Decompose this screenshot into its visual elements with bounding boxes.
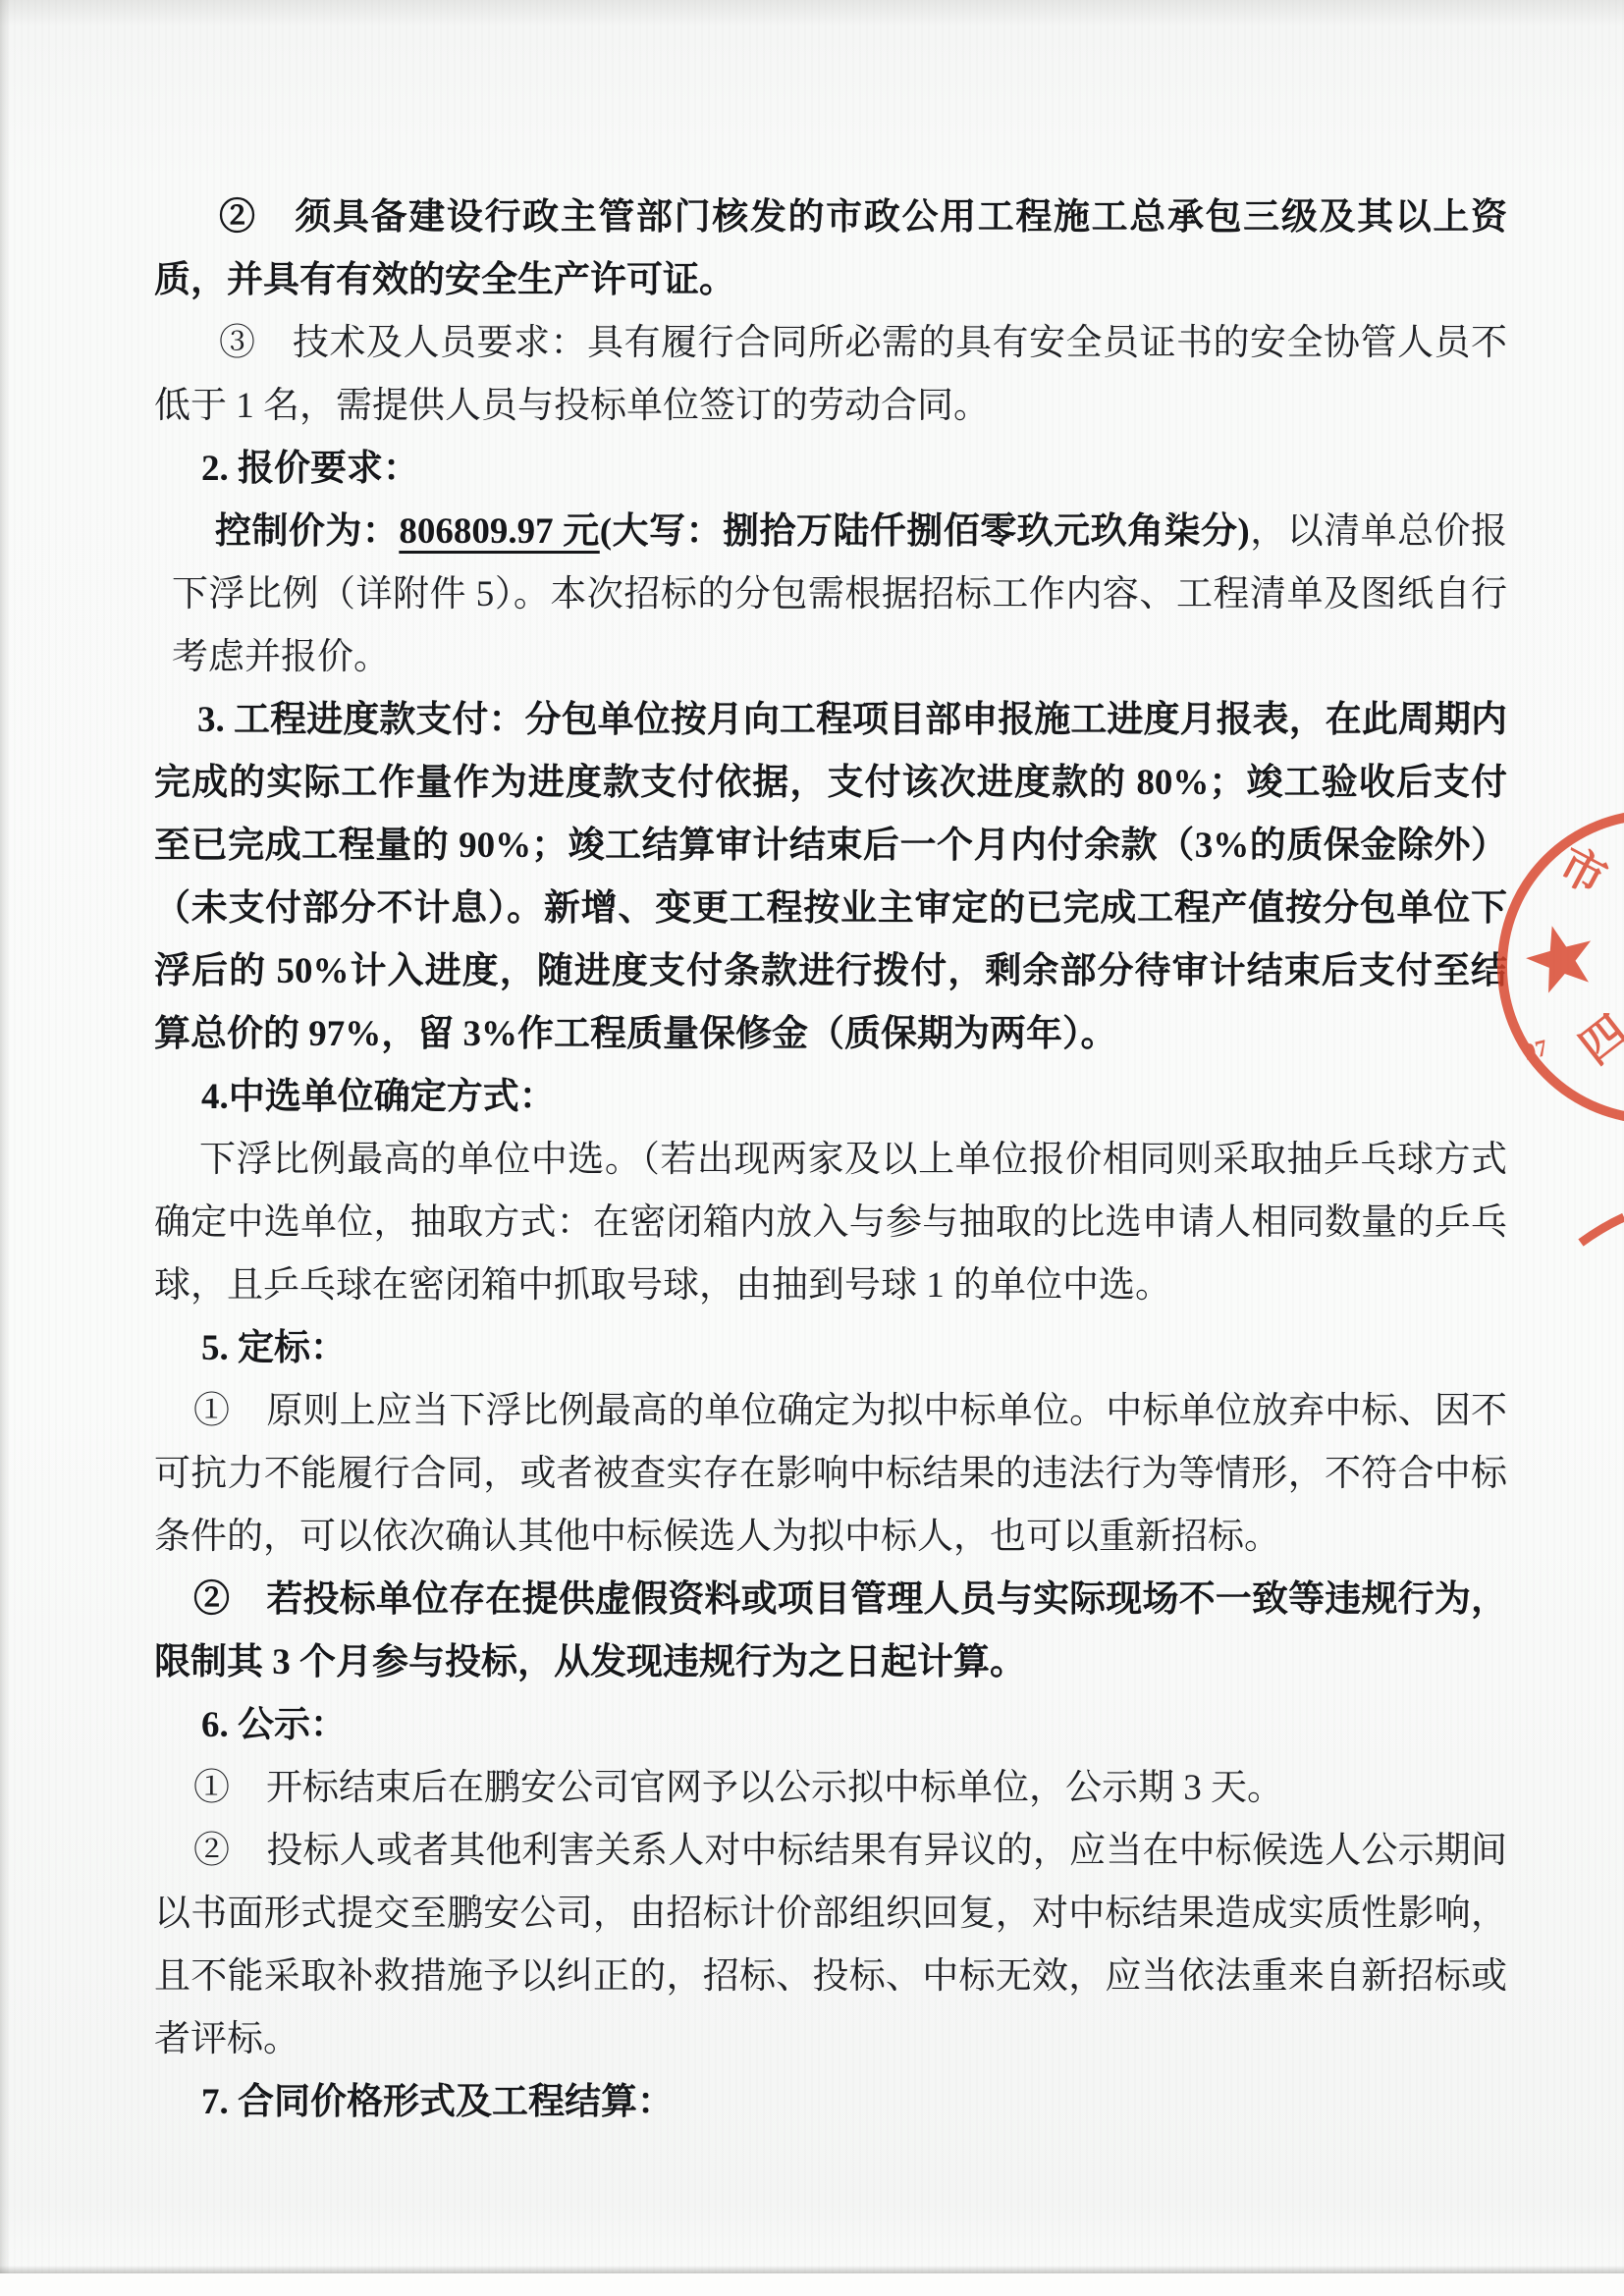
text-run: 4.中选单位确定方式： <box>201 1077 556 1117</box>
stamp-ring <box>1502 815 1624 1119</box>
paragraph: ① 开标结束后在鹏安公司官网予以公示拟中标单位，公示期 3 天。 <box>154 1757 1507 1820</box>
stamp-star-icon <box>1520 917 1601 996</box>
stamp-graphic: 市 97 四 <box>1502 815 1624 1243</box>
stamp-partial-character: 四 <box>1571 1006 1624 1074</box>
text-run: 7. 合同价格形式及工程结算： <box>201 2082 674 2122</box>
text-run: ③ 技术及人员要求：具有履行合同所必需的具有安全员证书的安全协管人员不低于 1 … <box>154 323 1507 426</box>
paragraph: ① 原则上应当下浮比例最高的单位确定为拟中标单位。中标单位放弃中标、因不可抗力不… <box>154 1380 1507 1569</box>
paragraph: 6. 公示： <box>154 1694 1507 1757</box>
paper-top-edge <box>0 0 1624 26</box>
paragraph: 5. 定标： <box>154 1317 1507 1380</box>
text-run: ① 开标结束后在鹏安公司官网予以公示拟中标单位，公示期 3 天。 <box>193 1768 1283 1808</box>
paragraph: 7. 合同价格形式及工程结算： <box>154 2071 1507 2134</box>
paragraph: ② 投标人或者其他利害关系人对中标结果有异议的，应当在中标候选人公示期间以书面形… <box>154 1820 1507 2071</box>
paragraph: ② 若投标单位存在提供虚假资料或项目管理人员与实际现场不一致等违规行为，限制其 … <box>154 1569 1507 1694</box>
stamp-ring-character: 市 <box>1551 838 1615 904</box>
paper-bottom-shadow <box>0 2266 1624 2273</box>
text-run: 2. 报价要求： <box>201 449 419 489</box>
text-run: 3. 工程进度款支付：分包单位按月向工程项目部申报施工进度月报表，在此周期内完成… <box>154 700 1507 1054</box>
text-run: ② 投标人或者其他利害关系人对中标结果有异议的，应当在中标候选人公示期间以书面形… <box>154 1831 1507 2059</box>
paragraph: ② 须具备建设行政主管部门核发的市政公用工程施工总承包三级及其以上资质，并具有有… <box>154 187 1507 312</box>
text-run: (大写：捌拾万陆仟捌佰零玖元玖角柒分) <box>600 511 1250 552</box>
text-run: ② 须具备建设行政主管部门核发的市政公用工程施工总承包三级及其以上资质，并具有有… <box>154 197 1507 300</box>
text-run: 5. 定标： <box>201 1328 347 1368</box>
paragraph: ③ 技术及人员要求：具有履行合同所必需的具有安全员证书的安全协管人员不低于 1 … <box>154 312 1507 438</box>
paper-bottom-edge <box>0 2273 1624 2296</box>
text-run: 6. 公示： <box>201 1705 347 1745</box>
text-run: ② 若投标单位存在提供虚假资料或项目管理人员与实际现场不一致等违规行为，限制其 … <box>154 1579 1507 1682</box>
red-seal-stamp: 市 97 四 <box>1487 805 1624 1266</box>
text-run: 控制价为： <box>215 511 399 552</box>
paragraph: 3. 工程进度款支付：分包单位按月向工程项目部申报施工进度月报表，在此周期内完成… <box>154 689 1507 1066</box>
paragraph: 下浮比例最高的单位中选。（若出现两家及以上单位报价相同则采取抽乒乓球方式确定中选… <box>154 1129 1507 1317</box>
paragraph: 2. 报价要求： <box>154 438 1507 501</box>
paragraph: 控制价为：806809.97 元(大写：捌拾万陆仟捌佰零玖元玖角柒分)，以清单总… <box>154 501 1507 689</box>
stamp-serial-number: 97 <box>1521 1036 1550 1066</box>
document-content: ② 须具备建设行政主管部门核发的市政公用工程施工总承包三级及其以上资质，并具有有… <box>154 187 1507 2134</box>
text-run: 806809.97 元 <box>399 511 599 552</box>
stamp-lower-arc <box>1581 1217 1624 1243</box>
paper-left-edge <box>0 0 10 2296</box>
paragraph: 4.中选单位确定方式： <box>154 1066 1507 1129</box>
document-page: ② 须具备建设行政主管部门核发的市政公用工程施工总承包三级及其以上资质，并具有有… <box>0 0 1624 2296</box>
text-run: ① 原则上应当下浮比例最高的单位确定为拟中标单位。中标单位放弃中标、因不可抗力不… <box>154 1391 1507 1557</box>
text-run: 下浮比例最高的单位中选。（若出现两家及以上单位报价相同则采取抽乒乓球方式确定中选… <box>154 1140 1507 1306</box>
